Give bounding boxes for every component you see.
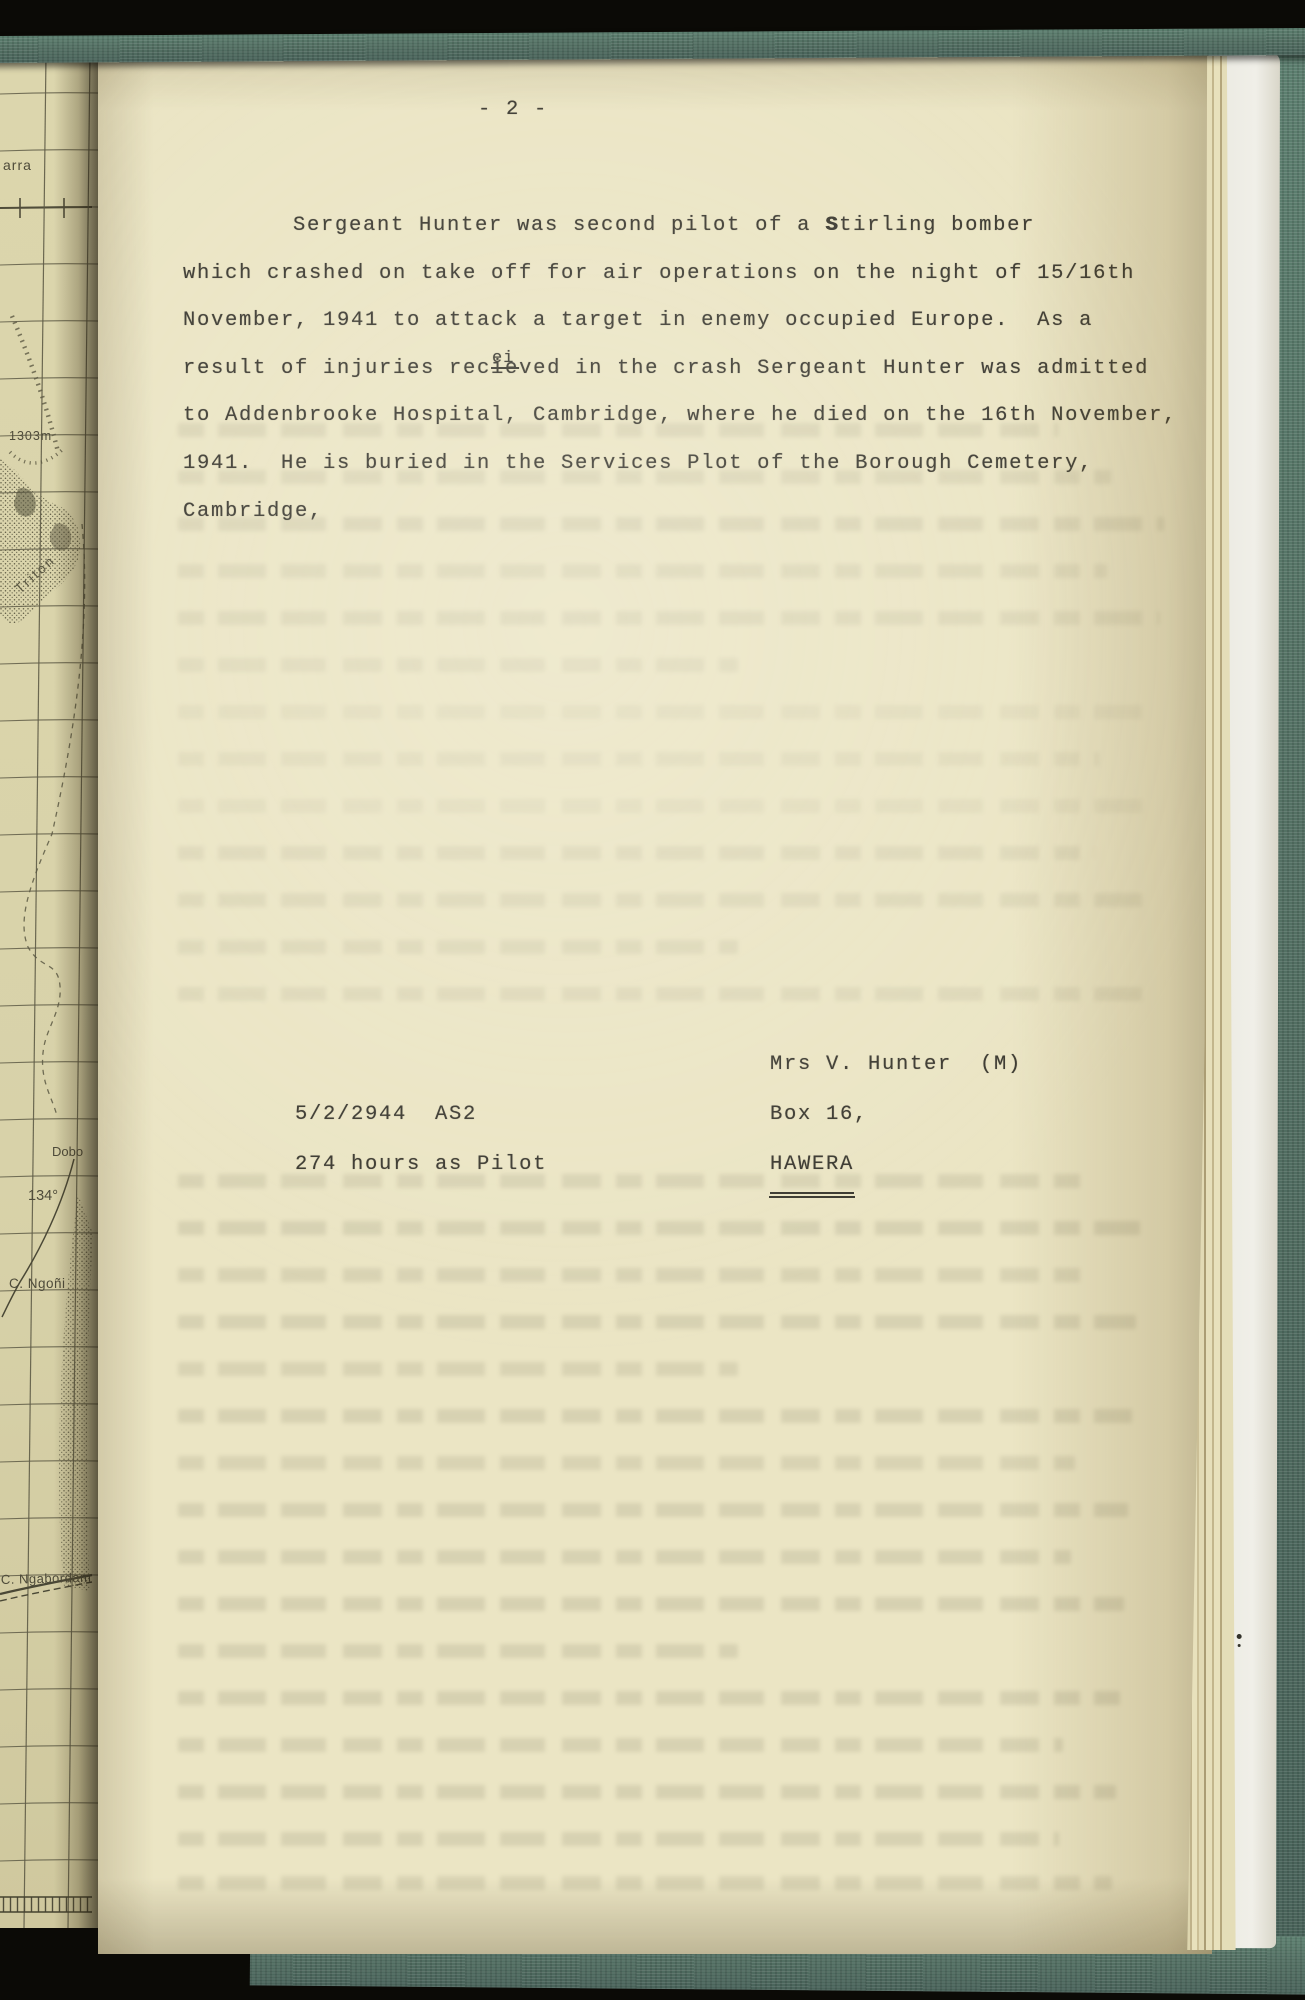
paragraph-line: to Addenbrooke Hospital, Cambridge, wher… [183, 392, 1188, 440]
bleedthrough-line [178, 1409, 1132, 1423]
paragraph-line: result of injuries recieeived in the cra… [183, 345, 1188, 393]
map-label-cape-ngabordam: C. Ngabordam [1, 1570, 92, 1587]
bleedthrough-line [178, 1362, 738, 1376]
reference-block: 5/2/2944 AS2 Mrs V. Hunter (M) 274 hours… [183, 1040, 1188, 1190]
bleedthrough-line [178, 1597, 1124, 1611]
ink-speck [1237, 1634, 1242, 1639]
overtyped-letter: S [825, 214, 839, 237]
map-drawing: arra 1303m Triton Dobo 134° C. Ngoñi C. … [0, 54, 98, 1928]
map-label-dobo: Dobo [52, 1144, 83, 1159]
typed-correction: ei [492, 335, 514, 383]
paragraph-line: Sergeant Hunter was second pilot of a St… [183, 202, 1188, 250]
bleedthrough-line [178, 1503, 1128, 1517]
bleedthrough-line [178, 1315, 1136, 1329]
scanned-book-photo: arra 1303m Triton Dobo 134° C. Ngoñi C. … [0, 0, 1305, 2000]
paragraph-line: November, 1941 to attack a target in ene… [183, 297, 1188, 345]
map-frame-scale [0, 1897, 92, 1912]
reference-row: 5/2/2944 AS2 Mrs V. Hunter (M) [183, 1040, 1188, 1090]
reference-row: HAWERA [183, 1140, 1188, 1190]
bleedthrough-line [178, 940, 738, 954]
bleedthrough-line [178, 611, 1160, 625]
document-page: - 2 - Sergeant Hunter was second pilot o… [98, 54, 1212, 1954]
struck-letters: ieei [491, 357, 519, 380]
paragraph: Sergeant Hunter was second pilot of a St… [183, 202, 1188, 535]
bleedthrough-line [178, 987, 1144, 1001]
bleedthrough-line [178, 1738, 1063, 1752]
bleedthrough-line [178, 893, 1148, 907]
paragraph-line: which crashed on take off for air operat… [183, 250, 1188, 298]
bleedthrough-line [178, 705, 1156, 719]
map-vertical-meridians [24, 54, 90, 1928]
address-town: HAWERA [770, 1140, 854, 1194]
map-dashed-route [24, 524, 85, 1116]
bleedthrough-line [178, 846, 1095, 860]
map-page: arra 1303m Triton Dobo 134° C. Ngoñi C. … [0, 54, 98, 1928]
bleedthrough-line [178, 1691, 1120, 1705]
map-graticule-ticks [0, 198, 92, 218]
bleedthrough-line [178, 1456, 1075, 1470]
bleedthrough-line [178, 799, 1152, 813]
bleedthrough-line [178, 658, 738, 672]
bleedthrough-line [178, 1221, 1140, 1235]
reference-row: 274 hours as Pilot Box 16, [183, 1090, 1188, 1140]
bleedthrough-line [178, 1785, 1116, 1799]
bleedthrough-line [178, 564, 1107, 578]
page-number: - 2 - [478, 98, 548, 121]
recipient-name: Mrs V. Hunter (M) [770, 1040, 1022, 1090]
map-coastlines [0, 1159, 93, 1601]
address-line: Box 16, [770, 1090, 868, 1140]
bleedthrough-line [178, 1644, 738, 1658]
map-label-elevation: 1303m [9, 429, 52, 443]
bleedthrough-line [178, 1876, 1112, 1890]
bleedthrough-line [178, 752, 1099, 766]
map-label-meridian: 134° [28, 1188, 58, 1204]
bleedthrough-line [178, 1550, 1071, 1564]
map-label-arra: arra [3, 157, 32, 173]
map-grid [0, 93, 98, 1861]
paragraph-line: Cambridge, [183, 488, 1188, 536]
map-terrain-triton [0, 459, 80, 623]
bleedthrough-line [178, 1832, 1059, 1846]
paragraph-line: 1941. He is buried in the Services Plot … [183, 440, 1188, 488]
map-label-cape-ngoni: C. Ngoñi [9, 1276, 66, 1291]
bleedthrough-line [178, 1268, 1083, 1282]
